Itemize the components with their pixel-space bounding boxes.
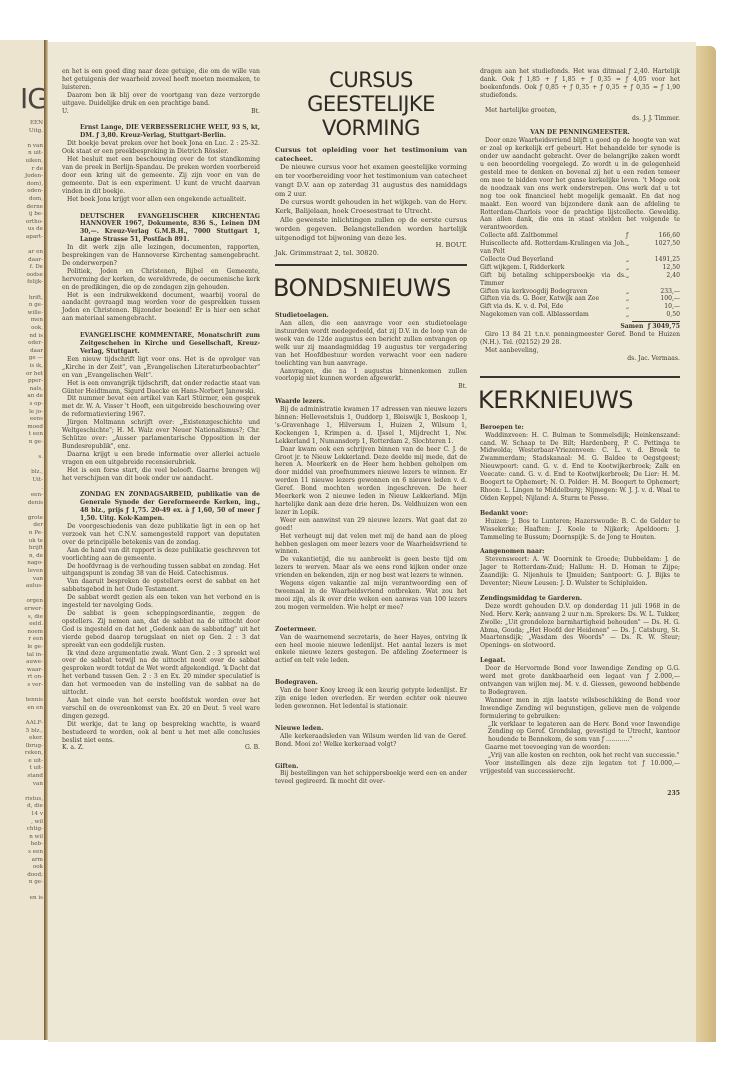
section-paragraph: Bij bestellingen van het schippersboekje… bbox=[275, 770, 467, 786]
penningmeester-signoff: ds. Jac. Vermaas. bbox=[480, 355, 680, 363]
ledger-currency: „ bbox=[626, 240, 634, 256]
ledger-currency: „ bbox=[626, 303, 634, 311]
left-page-fragment: IG EEN Uitg. n van n uit- uiken, r de Jo… bbox=[0, 40, 46, 1040]
legaat-quote: „Vrij van alle kosten en rechten, ook he… bbox=[480, 752, 680, 760]
section-title: Bedankt voor: bbox=[480, 510, 680, 518]
ledger-label: Nagekomen van coll. Alblasserdam bbox=[480, 311, 626, 319]
ledger-amount: 233,— bbox=[634, 288, 680, 296]
donation-ledger: Collecte afd. Zaltbommelƒ166,60Huiscolle… bbox=[480, 232, 680, 319]
section-title: Legaat. bbox=[480, 657, 680, 665]
ledger-amount: 1491,25 bbox=[634, 256, 680, 264]
greeting-signoff: ds. J. J. Timmer. bbox=[480, 115, 680, 123]
ledger-label: Gift wijkgem. I, Ridderkerk bbox=[480, 264, 626, 272]
review-paragraph: In dit werk zijn alle lezingen, document… bbox=[62, 244, 260, 268]
section-paragraph: Voor instellingen als deze zijn legaten … bbox=[480, 760, 680, 776]
section-paragraph: Aanvragen, die na 1 augustus binnenkomen… bbox=[275, 368, 467, 384]
ledger-amount: 1027,50 bbox=[634, 240, 680, 256]
review-paragraph: Politiek, Joden en Christenen, Bijbel en… bbox=[62, 268, 260, 292]
section-paragraph: Het verheugt mij dat velen met mij de ha… bbox=[275, 533, 467, 557]
page-edge bbox=[696, 46, 716, 1042]
section-paragraph: Wegens eigen vakantie zal mijn verantwoo… bbox=[275, 580, 467, 612]
penningmeester-title: VAN DE PENNINGMEESTER. bbox=[480, 129, 680, 137]
intro-signoff-right: Bt. bbox=[251, 108, 260, 116]
section-paragraph: De vakantietijd, die nu aanbreekt is gee… bbox=[275, 556, 467, 580]
section-title: Beroepen te: bbox=[480, 424, 680, 432]
section-paragraph: Door de Hervormde Bond voor Inwendige Ze… bbox=[480, 665, 680, 697]
section-title: Studietoelagen. bbox=[275, 312, 467, 320]
section-paragraph: Waddinxveen: H. C. Bulman te Sommelsdijk… bbox=[480, 432, 680, 503]
ledger-label: Gift via ds. K. v. d. Pol, Ede bbox=[480, 303, 626, 311]
section-paragraph: Daar kwam ook een schrijven binnen van d… bbox=[275, 446, 467, 517]
legaat-quote: „Ik verklaar te legateren aan de Herv. B… bbox=[480, 721, 680, 745]
ledger-row: Gift wijkgem. I, Ridderkerk„12,50 bbox=[480, 264, 680, 272]
section-title: Aangenomen naar: bbox=[480, 548, 680, 556]
section-paragraph: Bij de administratie kwamen 17 adressen … bbox=[275, 406, 467, 446]
ledger-label: Giften via kerkvoogdij Bodegraven bbox=[480, 288, 626, 296]
ledger-currency: „ bbox=[626, 264, 634, 272]
intro-paragraph: en het is een goed ding naar deze getuig… bbox=[62, 68, 260, 92]
page-number: 235 bbox=[480, 790, 680, 798]
ledger-amount: 10,— bbox=[634, 303, 680, 311]
section-paragraph: Wanneer men in zijn laatste wilsbeschikk… bbox=[480, 697, 680, 721]
section-paragraph: Van de heer Kooy kreeg ik een keurig get… bbox=[275, 687, 467, 711]
section-paragraph: Aan allen, die een aanvrage voor een stu… bbox=[275, 320, 467, 367]
review-paragraph: Jürgen Moltmann schrijft over: „Existenz… bbox=[62, 419, 260, 451]
ledger-currency: „ bbox=[626, 288, 634, 296]
review-paragraph: Het is een omvangrijk tijdschrift, dat o… bbox=[62, 380, 260, 396]
ledger-currency: „ bbox=[626, 295, 634, 303]
section-divider bbox=[480, 376, 680, 378]
greeting: Met hartelijke groeten, bbox=[480, 107, 680, 115]
section-title: Zoetermeer. bbox=[275, 626, 467, 634]
ledger-row: Gift bij betaling schippersboekje via ds… bbox=[480, 272, 680, 288]
review-title: ZONDAG EN ZONDAGSARBEID, publikatie van … bbox=[62, 491, 260, 523]
section-title: Bodegraven. bbox=[275, 679, 467, 687]
review-paragraph: Van daaruit bespreken de opstellers eers… bbox=[62, 578, 260, 594]
review-paragraph: De hoofdvraag is de verhouding tussen sa… bbox=[62, 563, 260, 579]
review-title: Ernst Lange, DIE VERBESSERLICHE WELT, 93… bbox=[62, 124, 260, 140]
ledger-row: Collecte afd. Zaltbommelƒ166,60 bbox=[480, 232, 680, 240]
ledger-row: Giften via kerkvoogdij Bodegraven„233,— bbox=[480, 288, 680, 296]
review-title: DEUTSCHER EVANGELISCHER KIRCHENTAG HANNO… bbox=[62, 213, 260, 245]
review-paragraph: Aan de hand van dit rapport is deze publ… bbox=[62, 547, 260, 563]
cursus-heading: CURSUS GEESTELIJKE VORMING bbox=[275, 68, 467, 140]
review-signoff-right: G. B. bbox=[245, 744, 260, 752]
intro-paragraph: Daarom ben ik blij over de voortgang van… bbox=[62, 92, 260, 108]
ledger-amount: 12,50 bbox=[634, 264, 680, 272]
left-page-heading-fragment: IG bbox=[20, 82, 46, 115]
cursus-subtitle: Cursus tot opleiding voor het testimoniu… bbox=[275, 146, 467, 163]
ledger-currency: „ bbox=[626, 311, 634, 319]
review-paragraph: Het is een forse start, die veel belooft… bbox=[62, 467, 260, 483]
ledger-row: Gift via ds. K. v. d. Pol, Ede„10,— bbox=[480, 303, 680, 311]
column-penningmeester-kerknieuws: dragen aan het studiefonds. Het was ditm… bbox=[480, 68, 680, 798]
ledger-label: Collecte Oud Beyerland bbox=[480, 256, 626, 264]
review-paragraph: Het boek Jona krijgt voor allen een onge… bbox=[62, 196, 260, 204]
penningmeester-paragraph: Door onze Waarheidsvriend blijft u goed … bbox=[480, 137, 680, 232]
cursus-paragraph: De nieuwe cursus voor het examen geestel… bbox=[275, 163, 467, 198]
section-paragraph: Weer een aanwinst van 29 nieuwe lezers. … bbox=[275, 517, 467, 533]
giro-info: Giro 13 84 21 t.n.v. penningmeester Gere… bbox=[480, 331, 680, 347]
ledger-amount: 166,60 bbox=[634, 232, 680, 240]
review-paragraph: Dit boekje bevat preken over het boek Jo… bbox=[62, 140, 260, 156]
ledger-total: Samen ƒ 3049,75 bbox=[480, 323, 680, 331]
review-paragraph: De sabbat is geen scheppingsordinantie, … bbox=[62, 610, 260, 650]
ledger-label: Collecte afd. Zaltbommel bbox=[480, 232, 626, 240]
ledger-row: Nagekomen van coll. Alblasserdam„0,50 bbox=[480, 311, 680, 319]
section-paragraph: Van de waarnemend secretaris, de heer Ha… bbox=[275, 634, 467, 666]
section-paragraph: Deze wordt gehouden D.V. op donderdag 11… bbox=[480, 603, 680, 650]
section-signoff: Bt. bbox=[275, 383, 467, 391]
ledger-row: Giften via ds. G. Boer, Katwijk aan Zee„… bbox=[480, 295, 680, 303]
review-paragraph: Ik vind deze argumentatie zwak. Want Gen… bbox=[62, 650, 260, 697]
section-paragraph: Huizen: J. Bos te Lunteren; Hazerswoude:… bbox=[480, 518, 680, 542]
cursus-paragraph: Alle gewenste inlichtingen zullen op de … bbox=[275, 216, 467, 242]
cursus-paragraph: De cursus wordt gehouden in het wijkgeb.… bbox=[275, 198, 467, 216]
ledger-currency: ƒ bbox=[626, 232, 634, 240]
continuation-paragraph: dragen aan het studiefonds. Het was ditm… bbox=[480, 68, 680, 100]
intro-signoff-left: U. bbox=[62, 108, 69, 116]
section-title: Zendingsmiddag te Garderen. bbox=[480, 595, 680, 603]
left-page-text-fragment: EEN Uitg. n van n uit- uiken, r de Joden… bbox=[0, 120, 43, 902]
ledger-label: Huiscollecte afd. Rotterdam-Kralingen vi… bbox=[480, 240, 626, 256]
ledger-amount: 0,50 bbox=[634, 311, 680, 319]
review-signoff-left: K. a. Z. bbox=[62, 744, 84, 752]
ledger-currency: „ bbox=[626, 256, 634, 264]
bondsnieuws-heading: BONDSNIEUWS bbox=[273, 274, 467, 302]
ledger-row: Collecte Oud Beyerland„1491,25 bbox=[480, 256, 680, 264]
review-paragraph: Dit nummer bevat een artikel van Karl St… bbox=[62, 395, 260, 419]
ledger-row: Huiscollecte afd. Rotterdam-Kralingen vi… bbox=[480, 240, 680, 256]
review-paragraph: De sabbat wordt gezien als een teken van… bbox=[62, 594, 260, 610]
review-paragraph: Aan het einde van het eerste hoofdstuk w… bbox=[62, 697, 260, 721]
section-paragraph: Stevensweert: A. W. Doornink te Groede; … bbox=[480, 556, 680, 588]
section-paragraph: Alle kerkeraadsleden van Wilsum werden l… bbox=[275, 733, 467, 749]
ledger-amount: 100,— bbox=[634, 295, 680, 303]
review-paragraph: Dit werkje, dat te lang op bespreking wa… bbox=[62, 721, 260, 745]
section-title: Nieuwe leden. bbox=[275, 725, 467, 733]
column-cursus-bondsnieuws: CURSUS GEESTELIJKE VORMING Cursus tot op… bbox=[275, 68, 467, 786]
review-paragraph: De voorgeschiedenis van deze publikatie … bbox=[62, 523, 260, 547]
section-divider bbox=[275, 264, 467, 266]
review-paragraph: Daarna krijgt u een brede informatie ove… bbox=[62, 451, 260, 467]
ledger-label: Gift bij betaling schippersboekje via ds… bbox=[480, 272, 626, 288]
ledger-amount: 2,40 bbox=[634, 272, 680, 288]
recommendation: Met aanbeveling, bbox=[480, 347, 680, 355]
section-paragraph: Gaarne met toevoeging van de woorden: bbox=[480, 744, 680, 752]
column-book-reviews: en het is een goed ding naar deze getuig… bbox=[62, 68, 260, 752]
section-title: Waarde lezers. bbox=[275, 398, 467, 406]
cursus-address: Jak. Grimmstraat 2, tel. 30820. bbox=[275, 250, 467, 258]
review-paragraph: Een nieuw tijdschrift ligt voor ons. Het… bbox=[62, 356, 260, 380]
ledger-label: Giften via ds. G. Boer, Katwijk aan Zee bbox=[480, 295, 626, 303]
review-title: EVANGELISCHE KOMMENTARE, Monatschrift zu… bbox=[62, 332, 260, 356]
review-paragraph: Het besluit met een beschouwing over de … bbox=[62, 156, 260, 196]
section-title: Giften. bbox=[275, 763, 467, 771]
kerknieuws-heading: KERKNIEUWS bbox=[478, 386, 680, 414]
ledger-currency: „ bbox=[626, 272, 634, 288]
review-paragraph: Het is een indrukwekkend document, waarb… bbox=[62, 292, 260, 324]
